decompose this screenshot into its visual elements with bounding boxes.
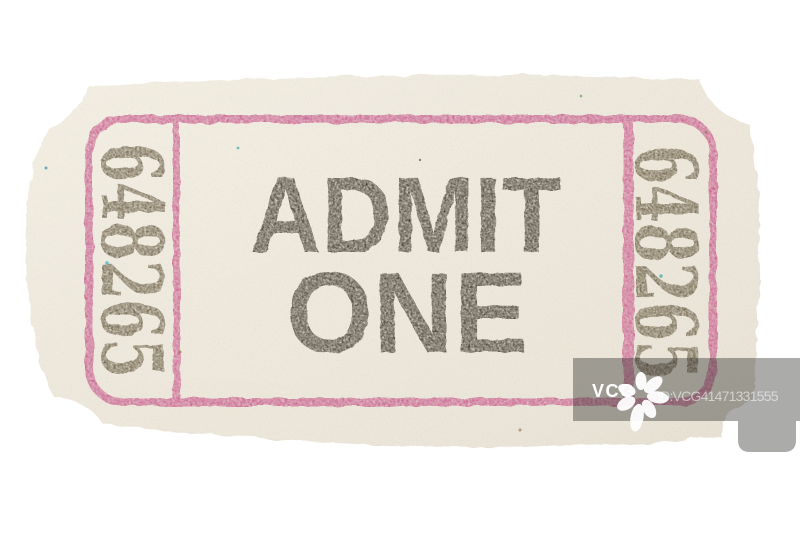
admit-one-ticket-image: 648265 648265 ADMIT ONE VCG ID:VCG414713… [0,0,800,533]
one-line: ONE [286,250,528,377]
ticket-scene: 648265 648265 ADMIT ONE VCG ID:VCG414713… [0,0,800,533]
admit-one-text: ADMIT ONE [250,154,562,377]
watermark-id-text: ID:VCG41471331555 [657,388,779,404]
serial-number-right: 648265 [616,145,715,380]
serial-number-left: 648265 [82,143,181,378]
